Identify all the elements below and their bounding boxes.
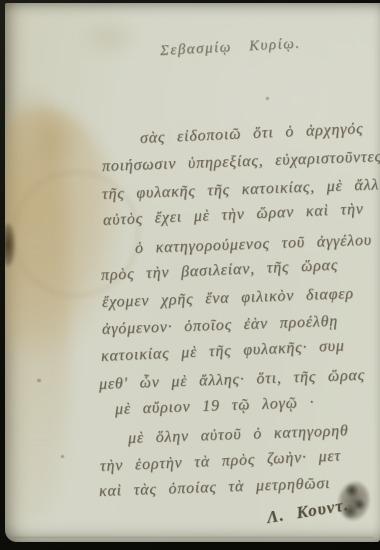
bottom-crease [13, 537, 373, 538]
handwritten-line: τῆς φυλακῆς τῆς κατοικίας, μὲ ἄλλην [102, 176, 380, 204]
water-stain-left-column [5, 89, 69, 519]
signature: Λ. Κουντ. [265, 495, 350, 528]
handwritten-line: μὲ ὅλην αὐτοῦ ὁ κατηγορηθ [128, 422, 349, 448]
handwritten-line: ὁ κατηγορούμενος τοῦ ἀγγέλου [135, 232, 373, 258]
handwritten-line: ἀγόμενον· ὁποῖος ἐὰν προέλθῃ [102, 313, 339, 339]
handwritten-line: πρὸς τὴν βασιλείαν, τῆς ὥρας [101, 257, 339, 285]
handwritten-line: μὲ αὔριον 19 τῷ λογῷ · [115, 394, 315, 419]
salutation-line: Σεβασμίῳ Κυρίῳ. [160, 36, 301, 60]
letter-page: Σεβασμίῳ Κυρίῳ. σὰς εἰδοποιῶ ὅτι ὁ ἀρχηγ… [5, 3, 380, 542]
ink-speck [37, 379, 41, 382]
smudge-top-left [77, 17, 141, 59]
dark-edge-spot [5, 223, 15, 267]
photo-backing: Σεβασμίῳ Κυρίῳ. σὰς εἰδοποιῶ ὅτι ὁ ἀρχηγ… [0, 0, 380, 550]
handwritten-line: ἔχομεν χρῆς ἕνα φιλικὸν διαφερ [102, 285, 354, 312]
ink-speck [61, 455, 64, 458]
handwritten-line: κατοικίας μὲ τῆς φυλακῆς· συμ [101, 337, 345, 366]
handwritten-line: αὐτὸς ἔχει μὲ τὴν ὥραν καὶ τὴν [103, 201, 364, 230]
handwritten-line: τὴν ἑορτὴν τὰ πρὸς ζωὴν· μετ [100, 447, 342, 476]
handwritten-line: μεθ' ὧν μὲ ἄλλης· ὅτι, τῆς ὥρας [99, 367, 366, 394]
handwritten-line: σὰς εἰδοποιῶ ὅτι ὁ ἀρχηγός [140, 120, 364, 148]
water-stain-left-blob [5, 107, 121, 357]
water-stain-upper-tip [23, 103, 83, 173]
handwritten-line: ποιήσωσιν ὑπηρεξίας, εὐχαριστοῦντες [102, 148, 380, 176]
ink-speck [266, 97, 269, 100]
handwritten-line: καὶ τὰς ὁποίας τὰ μετρηθῶσι [99, 475, 331, 501]
